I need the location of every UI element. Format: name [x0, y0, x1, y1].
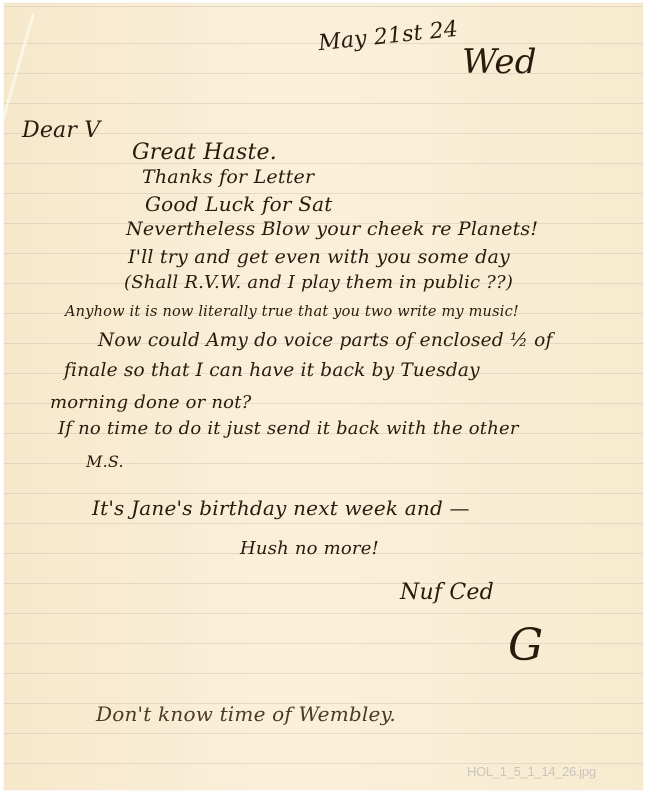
letter-line-2: Thanks for Letter — [142, 166, 314, 188]
letter-line-12: M.S. — [86, 452, 124, 471]
salutation: Dear V — [22, 118, 100, 143]
letter-line-14: Hush no more! — [240, 538, 379, 559]
letter-line-7: Anyhow it is now literally true that you… — [65, 304, 519, 320]
letter-closing: Nuf Ced — [400, 580, 494, 605]
letter-signature: G — [508, 620, 543, 671]
letter-line-10: morning done or not? — [50, 392, 252, 413]
letter-line-5: I'll try and get even with you some day — [128, 246, 510, 268]
letter-line-6: (Shall R.V.W. and I play them in public … — [124, 272, 513, 293]
image-filename-watermark: HOL_1_5_1_14_26.jpg — [467, 764, 596, 779]
letter-line-11: If no time to do it just send it back wi… — [58, 418, 519, 439]
paper-fold-crease — [2, 13, 35, 120]
letter-line-4: Nevertheless Blow your cheek re Planets! — [126, 218, 538, 240]
letter-line-8: Now could Amy do voice parts of enclosed… — [98, 330, 553, 351]
letter-line-9: finale so that I can have it back by Tue… — [64, 360, 480, 381]
letter-line-1: Great Haste. — [132, 140, 277, 165]
letter-day: Wed — [462, 42, 537, 82]
letter-postscript: Don't know time of Wembley. — [96, 702, 396, 726]
letter-line-3: Good Luck for Sat — [145, 192, 332, 216]
letter-line-13: It's Jane's birthday next week and — — [92, 496, 470, 520]
